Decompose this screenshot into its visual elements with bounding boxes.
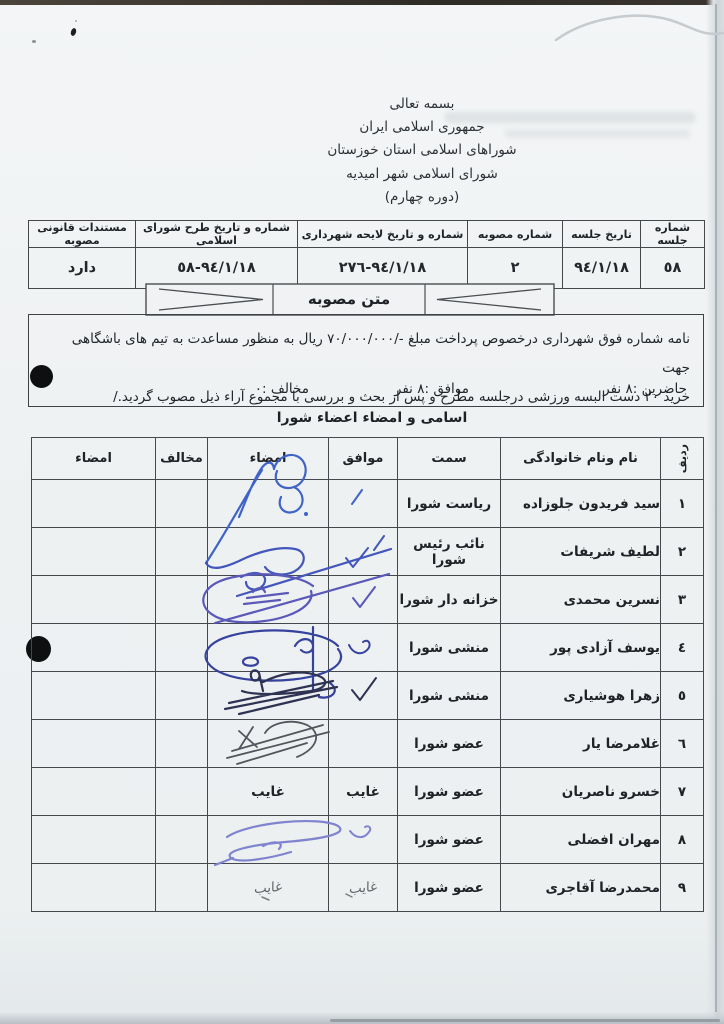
member-name: نسرین محمدی bbox=[501, 576, 661, 624]
ink-speck bbox=[32, 40, 36, 43]
member-position: عضو شورا bbox=[398, 720, 501, 768]
session-meta-table: شماره جلسه تاریخ جلسه شماره مصوبه شماره … bbox=[28, 220, 705, 289]
member-row-absent: ٩ محمدرضا آقاجری عضو شورا غایب غایب bbox=[32, 864, 704, 912]
signature-cell-2 bbox=[32, 672, 156, 720]
oppose-cell bbox=[156, 720, 208, 768]
agree-cell bbox=[329, 528, 398, 576]
signature-cell bbox=[208, 528, 329, 576]
member-name: غلامرضا یار bbox=[501, 720, 661, 768]
member-row: ٦ غلامرضا یار عضو شورا bbox=[32, 720, 704, 768]
signature-cell bbox=[208, 720, 329, 768]
member-name: لطیف شریفات bbox=[501, 528, 661, 576]
meta-value-session-date: ٩٤/١/١٨ bbox=[563, 248, 641, 289]
signature-cell bbox=[208, 480, 329, 528]
oppose-cell bbox=[156, 864, 208, 912]
member-name: خسرو ناصریان bbox=[501, 768, 661, 816]
member-position: خزانه دار شورا bbox=[398, 576, 501, 624]
meta-header-session-no: شماره جلسه bbox=[641, 221, 705, 248]
member-position: منشی شورا bbox=[398, 624, 501, 672]
member-name: یوسف آزادی پور bbox=[501, 624, 661, 672]
member-row: ٥ زهرا هوشیاری منشی شورا bbox=[32, 672, 704, 720]
agree-cell bbox=[329, 672, 398, 720]
resolution-line-1: نامه شماره فوق شهرداری درخصوص پرداخت مبل… bbox=[42, 325, 690, 383]
letterhead-line-term: (دوره چهارم) bbox=[212, 186, 632, 209]
signature-cell-2 bbox=[32, 576, 156, 624]
oppose-cell bbox=[156, 816, 208, 864]
member-position: عضو شورا bbox=[398, 768, 501, 816]
meta-value-session-no: ٥٨ bbox=[641, 248, 705, 289]
header-row-no: ردیف bbox=[661, 438, 704, 480]
signature-cell bbox=[208, 624, 329, 672]
member-row: ٢ لطیف شریفات نائب رئیس شورا bbox=[32, 528, 704, 576]
signature-cell bbox=[208, 816, 329, 864]
ink-speck bbox=[75, 20, 77, 22]
signature-cell-2 bbox=[32, 528, 156, 576]
row-no: ٧ bbox=[661, 768, 704, 816]
scan-top-edge bbox=[0, 0, 724, 5]
scan-bottom-edge bbox=[0, 1012, 724, 1024]
meta-header-session-date: تاریخ جلسه bbox=[563, 221, 641, 248]
row-no: ٣ bbox=[661, 576, 704, 624]
signature-cell bbox=[208, 576, 329, 624]
header-signature-2: امضاء bbox=[32, 438, 156, 480]
letterhead: بسمه تعالی جمهوری اسلامی ایران شوراهای ا… bbox=[212, 93, 632, 209]
members-section-title: اسامی و امضاء اعضاء شورا bbox=[172, 410, 572, 426]
row-no: ٢ bbox=[661, 528, 704, 576]
banner-title: متن مصوبه bbox=[273, 283, 425, 316]
member-name: مهران افضلی bbox=[501, 816, 661, 864]
member-row: ٨ مهران افضلی عضو شورا bbox=[32, 816, 704, 864]
agree-cell bbox=[329, 720, 398, 768]
member-position: نائب رئیس شورا bbox=[398, 528, 501, 576]
scan-bottom-edge-line bbox=[330, 1019, 720, 1022]
vote-stats: حاضرین :٨ نفر موافق :٨ نفر مخالف :٠ bbox=[29, 381, 703, 401]
signature-cell-2 bbox=[32, 864, 156, 912]
meta-header-legal-docs: مستندات قانونی مصوبه bbox=[29, 221, 136, 248]
pen-scratch bbox=[556, 16, 724, 40]
member-position: عضو شورا bbox=[398, 864, 501, 912]
signature-cell-2 bbox=[32, 480, 156, 528]
letterhead-line-province: شوراهای اسلامی استان خوزستان bbox=[212, 139, 632, 162]
agree-cell bbox=[329, 624, 398, 672]
member-position: عضو شورا bbox=[398, 816, 501, 864]
header-position: سمت bbox=[398, 438, 501, 480]
signature-cell-2 bbox=[32, 624, 156, 672]
member-row: ٤ یوسف آزادی پور منشی شورا bbox=[32, 624, 704, 672]
meta-header-row: شماره جلسه تاریخ جلسه شماره مصوبه شماره … bbox=[29, 221, 705, 248]
signature-cell-2 bbox=[32, 720, 156, 768]
letterhead-line-city: شورای اسلامی شهر امیدیه bbox=[212, 163, 632, 186]
letterhead-line-bismillah: بسمه تعالی bbox=[212, 93, 632, 116]
stat-oppose: مخالف :٠ bbox=[255, 381, 309, 397]
signature-cell-2 bbox=[32, 768, 156, 816]
resolution-banner: متن مصوبه bbox=[145, 283, 555, 316]
signature-cell bbox=[208, 672, 329, 720]
row-no: ٦ bbox=[661, 720, 704, 768]
oppose-cell bbox=[156, 672, 208, 720]
row-no: ١ bbox=[661, 480, 704, 528]
stat-agree: موافق :٨ نفر bbox=[395, 381, 469, 397]
letterhead-line-republic: جمهوری اسلامی ایران bbox=[212, 116, 632, 139]
agree-cell bbox=[329, 816, 398, 864]
oppose-cell bbox=[156, 480, 208, 528]
stat-present: حاضرین :٨ نفر bbox=[603, 381, 687, 397]
member-name: سید فریدون جلوزاده bbox=[501, 480, 661, 528]
row-no: ٨ bbox=[661, 816, 704, 864]
member-row: ٣ نسرین محمدی خزانه دار شورا bbox=[32, 576, 704, 624]
member-name: زهرا هوشیاری bbox=[501, 672, 661, 720]
agree-cell bbox=[329, 576, 398, 624]
member-name: محمدرضا آقاجری bbox=[501, 864, 661, 912]
scan-right-edge-line bbox=[715, 4, 718, 1012]
member-position: ریاست شورا bbox=[398, 480, 501, 528]
members-table: ردیف نام ونام خانوادگی سمت موافق امضاء م… bbox=[31, 437, 704, 912]
resolution-box: نامه شماره فوق شهرداری درخصوص پرداخت مبل… bbox=[28, 314, 704, 407]
scanned-document: بسمه تعالی جمهوری اسلامی ایران شوراهای ا… bbox=[0, 0, 724, 1024]
header-signature: امضاء bbox=[208, 438, 329, 480]
oppose-cell bbox=[156, 576, 208, 624]
meta-header-resolution-no: شماره مصوبه bbox=[468, 221, 563, 248]
oppose-cell bbox=[156, 528, 208, 576]
row-no: ٥ bbox=[661, 672, 704, 720]
row-no: ٤ bbox=[661, 624, 704, 672]
header-agree: موافق bbox=[329, 438, 398, 480]
signature-cell-absent: غایب bbox=[208, 768, 329, 816]
meta-header-plan-no-date: شماره و تاریخ طرح شورای اسلامی bbox=[136, 221, 298, 248]
oppose-cell bbox=[156, 768, 208, 816]
ink-speck bbox=[70, 27, 77, 36]
signature-cell-absent-handwritten: غایب bbox=[208, 864, 329, 912]
member-row-absent: ٧ خسرو ناصریان عضو شورا غایب غایب bbox=[32, 768, 704, 816]
meta-value-legal-docs: دارد bbox=[29, 248, 136, 289]
meta-header-bill-no-date: شماره و تاریخ لایحه شهرداری bbox=[298, 221, 468, 248]
signature-cell-2 bbox=[32, 816, 156, 864]
member-row: ١ سید فریدون جلوزاده ریاست شورا bbox=[32, 480, 704, 528]
oppose-cell bbox=[156, 624, 208, 672]
header-oppose: مخالف bbox=[156, 438, 208, 480]
header-name: نام ونام خانوادگی bbox=[501, 438, 661, 480]
agree-cell-absent-handwritten: غایب bbox=[329, 864, 398, 912]
agree-cell bbox=[329, 480, 398, 528]
agree-cell-absent: غایب bbox=[329, 768, 398, 816]
member-position: منشی شورا bbox=[398, 672, 501, 720]
members-header-row: ردیف نام ونام خانوادگی سمت موافق امضاء م… bbox=[32, 438, 704, 480]
row-no: ٩ bbox=[661, 864, 704, 912]
